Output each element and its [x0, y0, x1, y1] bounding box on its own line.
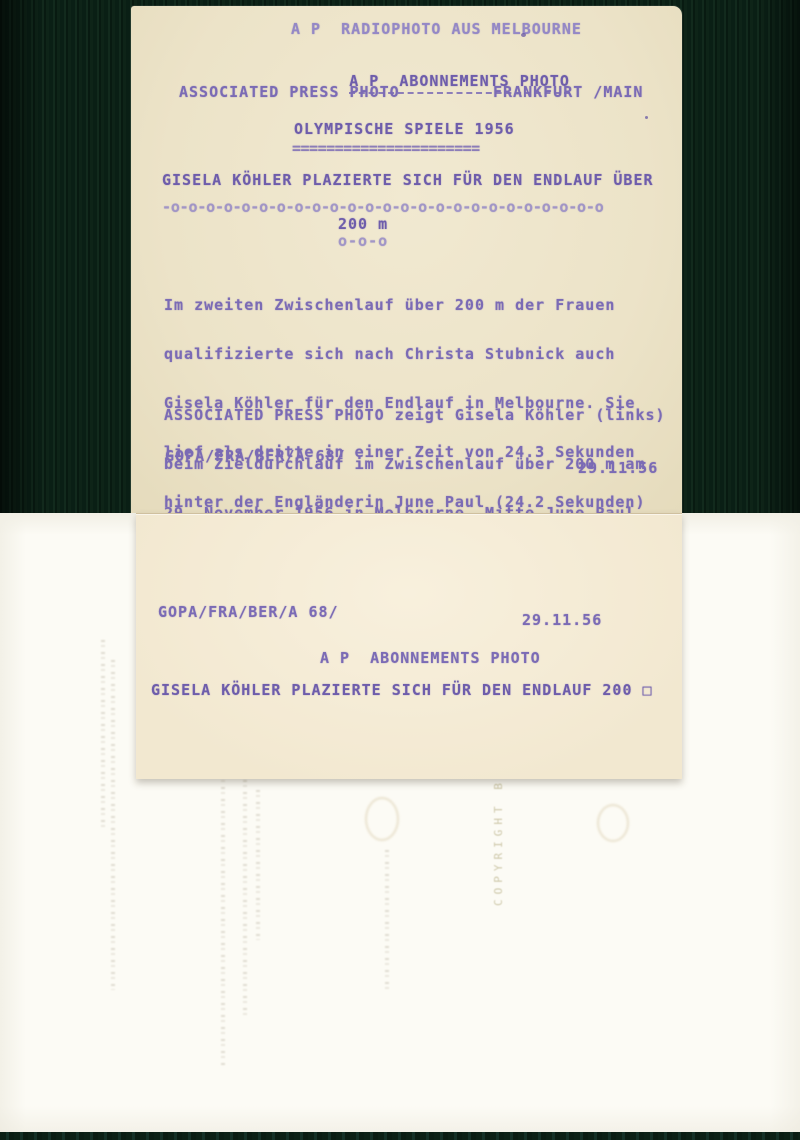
event-title: OLYMPISCHE SPIELE 1956 [294, 120, 515, 138]
watermark-ring [597, 804, 629, 842]
watermark-ring [365, 797, 399, 841]
distance-heading: 200 m [338, 215, 388, 233]
distance-underline: o-o-o [338, 232, 388, 250]
ghost-bleed-column [385, 850, 389, 990]
ap-abonnements-line-duplicate: A P ABONNEMENTS PHOTO [320, 649, 541, 667]
scanned-press-caption: COPYRIGHT B A P RADIOPHOTO AUS MELBOURNE… [0, 0, 800, 1140]
ink-speck [645, 116, 648, 119]
headline-underline: -o-o-o-o-o-o-o-o-o-o-o-o-o-o-o-o-o-o-o-o… [162, 198, 604, 216]
background-board-bottom-edge [0, 1132, 800, 1140]
ink-speck [521, 33, 526, 37]
ap-radiophoto-line: A P RADIOPHOTO AUS MELBOURNE [291, 20, 582, 38]
ghost-bleed-column [221, 775, 225, 1065]
ghost-bleed-column [243, 780, 247, 1020]
caption-summary-line: GISELA KÖHLER PLAZIERTE SICH FÜR DEN END… [151, 681, 653, 699]
body-line: Im zweiten Zwischenlauf über 200 m der F… [164, 297, 656, 313]
date-stamp-duplicate: 29.11.56 [522, 611, 602, 629]
ghost-bleed-column [111, 660, 115, 990]
body-line: ASSOCIATED PRESS PHOTO zeigt Gisela Köhl… [164, 407, 666, 423]
ghost-copyright-text: COPYRIGHT B [492, 776, 505, 906]
ghost-bleed-column [256, 790, 260, 940]
ghost-bleed-column [101, 640, 105, 830]
date-stamp: 29.11.56 [578, 459, 658, 477]
agency-location: FRANKFURT /MAIN [493, 83, 643, 101]
caption-sheet-fold: GOPA/FRA/BER/A 68/ 29.11.56 A P ABONNEME… [136, 513, 682, 779]
event-title-underline: ====================== [292, 139, 480, 157]
body-line: qualifizierte sich nach Christa Stubnick… [164, 346, 656, 362]
agency-name: ASSOCIATED PRESS PHOTO [179, 83, 400, 101]
reference-code: GOPA/FRA/BER/A 68/ [165, 447, 346, 465]
caption-sheet: A P RADIOPHOTO AUS MELBOURNE A P ABONNEM… [131, 6, 682, 513]
headline: GISELA KÖHLER PLAZIERTE SICH FÜR DEN END… [162, 171, 654, 189]
reference-code-duplicate: GOPA/FRA/BER/A 68/ [158, 603, 339, 621]
